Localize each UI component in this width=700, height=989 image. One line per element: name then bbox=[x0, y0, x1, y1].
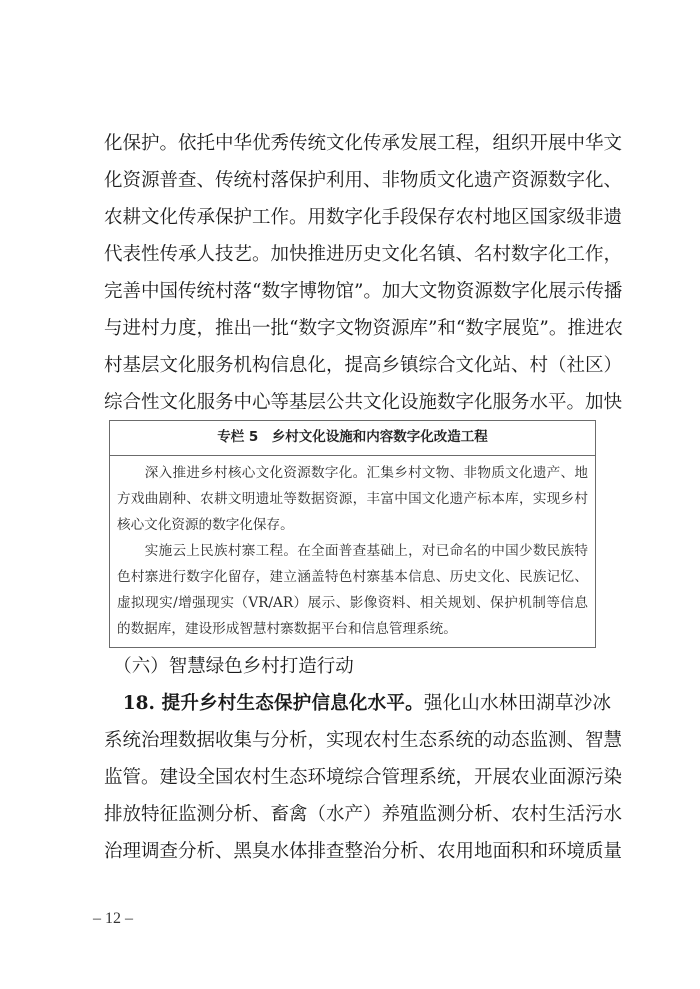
paragraph-line: 完善中国传统村落“数字博物馆”。加大文物资源数字化展示传播 bbox=[104, 279, 611, 305]
box-line: 虚拟现实/增强现实（VR/AR）展示、影像资料、相关规划、保护机制等信息 bbox=[117, 593, 588, 613]
paragraph-line: 村基层文化服务机构信息化，提高乡镇综合文化站、村（社区） bbox=[104, 353, 611, 379]
paragraph-line: 化保护。依托中华优秀传统文化传承发展工程，组织开展中华文 bbox=[104, 131, 611, 157]
box-title: 专栏 5 乡村文化设施和内容数字化改造工程 bbox=[110, 421, 595, 456]
special-column-box: 专栏 5 乡村文化设施和内容数字化改造工程 深入推进乡村核心文化资源数字化。汇集… bbox=[109, 420, 596, 648]
paragraph-line: 化资源普查、传统村落保护利用、非物质文化遗产资源数字化、 bbox=[104, 168, 611, 194]
box-line: 深入推进乡村核心文化资源数字化。汇集乡村文物、非物质文化遗产、地 bbox=[117, 463, 588, 483]
box-line: 方戏曲剧种、农耕文明遗址等数据资源，丰富中国文化遗产标本库，实现乡村 bbox=[117, 489, 588, 509]
document-page: 化保护。依托中华优秀传统文化传承发展工程，组织开展中华文 化资源普查、传统村落保… bbox=[0, 0, 700, 989]
box-line: 的数据库，建设形成智慧村寨数据平台和信息管理系统。 bbox=[117, 619, 588, 639]
box-line: 色村寨进行数字化留存，建立涵盖特色村寨基本信息、历史文化、民族记忆、 bbox=[117, 567, 588, 587]
paragraph-line: 治理调查分析、黑臭水体排查整治分析、农用地面积和环境质量 bbox=[104, 839, 611, 865]
paragraph-line: 代表性传承人技艺。加快推进历史文化名镇、名村数字化工作， bbox=[104, 242, 611, 268]
paragraph-line: 农耕文化传承保护工作。用数字化手段保存农村地区国家级非遗 bbox=[104, 205, 611, 231]
paragraph-line: 与进村力度，推出一批“数字文物资源库”和“数字展览”。推进农 bbox=[104, 316, 611, 342]
paragraph-line: 综合性文化服务中心等基层公共文化设施数字化服务水平。加快 bbox=[104, 390, 611, 416]
item-18-text: 强化山水林田湖草沙冰 bbox=[424, 693, 611, 714]
box-line: 核心文化资源的数字化保存。 bbox=[117, 515, 588, 535]
page-number: – 12 – bbox=[93, 910, 133, 928]
box-line: 实施云上民族村寨工程。在全面普查基础上，对已命名的中国少数民族特 bbox=[117, 541, 588, 561]
item-18-title: 18. 提升乡村生态保护信息化水平。 bbox=[104, 693, 424, 714]
paragraph-line: 排放特征监测分析、畜禽（水产）养殖监测分析、农村生活污水 bbox=[104, 802, 611, 828]
item-18-first-line: 18. 提升乡村生态保护信息化水平。强化山水林田湖草沙冰 bbox=[104, 691, 611, 717]
section-heading: （六）智慧绿色乡村打造行动 bbox=[104, 654, 611, 680]
paragraph-line: 系统治理数据收集与分析，实现农村生态系统的动态监测、智慧 bbox=[104, 728, 611, 754]
paragraph-line: 监管。建设全国农村生态环境综合管理系统，开展农业面源污染 bbox=[104, 765, 611, 791]
